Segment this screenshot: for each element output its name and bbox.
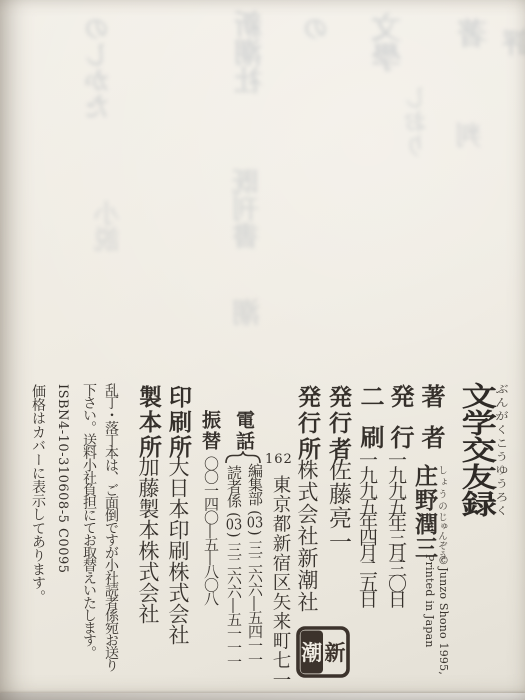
publisher-person-name: 佐藤亮一 (322, 458, 355, 554)
author-surname-furigana: しょうの (436, 464, 447, 512)
author-surname: 庄野しょうの (411, 464, 438, 512)
seal-char-left: 潮 (301, 640, 322, 665)
shinchosha-seal-icon: 新 潮 (296, 626, 350, 678)
publisher-person-label: 発行者 (322, 385, 355, 463)
phone-number: 三二六六―五一一一 (225, 542, 243, 668)
postal-code: 162 (265, 452, 293, 467)
page-bottom-edge (0, 693, 525, 700)
phone-area-code: 03 (246, 515, 264, 530)
first-printing-date: 一九九五年三月三〇日 (383, 450, 410, 605)
phone-area-code: 03 (225, 517, 243, 532)
bleedthrough-text: 新潮社 (230, 10, 270, 94)
author-name: 庄野しょうの潤三じゅんぞう (408, 464, 447, 560)
publishing-house-label: 発行所 (291, 385, 324, 463)
bleedthrough-text: のしかた (80, 15, 117, 119)
copyright-line-2: Printed in Japan (423, 554, 436, 648)
book-title: 文学交友録ぶんがくこうゆうろく (450, 382, 509, 517)
book-title-text: 文学交友録 (455, 382, 495, 517)
bleedthrough-text: 著 (454, 18, 498, 48)
author-givenname-furigana: じゅんぞう (436, 512, 447, 560)
bleedthrough-text: 小説 (90, 200, 127, 252)
phone-paren-close: ) (246, 530, 264, 535)
second-printing-date: 一九九五年四月二五日 (354, 450, 381, 605)
phone-line-readers: 読者係(03)三二六六―五一一一 (224, 465, 245, 668)
publisher-address: 東京都新宿区矢来町七一 (267, 475, 293, 690)
author-surname-text: 庄野 (411, 464, 438, 512)
phone-number: 三二六六―五四一一 (246, 540, 264, 666)
binder-name: 加藤製本株式会社 (133, 456, 163, 624)
author-givenname-text: 潤三 (411, 512, 438, 560)
printer-label: 印刷所 (162, 385, 195, 460)
phone-dept: 読者係 (225, 465, 243, 507)
seal-char-right: 新 (325, 640, 346, 665)
book-title-furigana: ぶんがくこうゆうろく (494, 382, 510, 517)
phone-paren-close: ) (225, 532, 243, 537)
bleedthrough-text: 評 (498, 28, 525, 56)
bleedthrough-text: 文學 (368, 12, 412, 72)
transfer-number: 〇〇一四〇―五―八〇八 (201, 456, 222, 605)
book-colophon-page: のしかた 新潮社 の 文學 著 評 しおり 判 既刊書 小説 潮 文学交友録ぶん… (0, 0, 525, 700)
bleedthrough-text: 判 (452, 122, 489, 148)
transfer-label: 振替 (197, 410, 224, 452)
copyright-notice: ©Junzo Shono 1995,Printed in Japan (422, 554, 450, 675)
publishing-house-name: 株式会社新潮社 (292, 459, 322, 613)
isbn-code: ISBN4-10-310608-5 C0095 (55, 384, 70, 574)
phone-line-editorial: 編集部(03)三二六六―五四一一 (245, 463, 266, 666)
bleedthrough-text: 既刊書 (229, 168, 268, 249)
defect-notice-line-1: 乱丁・落丁本は、ご面倒ですが小社読者係宛お送り (101, 383, 121, 671)
bleedthrough-text: 潮 (228, 298, 268, 326)
defect-notice-line-2: 下さい。送料小社負担にてお取替えいたします。 (79, 383, 99, 658)
phone-dept: 編集部 (246, 463, 264, 505)
author-label: 著者 (414, 384, 449, 466)
phone-label: 電話 (231, 410, 258, 452)
price-note: 価格はカバーに表示してあります。 (28, 384, 48, 603)
bleedthrough-text: しおり (400, 85, 435, 157)
bleedthrough-text: の (299, 15, 336, 41)
book-title-ruby: 文学交友録ぶんがくこうゆうろく (455, 382, 495, 517)
printer-name: 大日本印刷株式会社 (163, 456, 193, 645)
copyright-line-1: ©Junzo Shono 1995, (437, 554, 450, 675)
author-givenname: 潤三じゅんぞう (411, 512, 438, 560)
binder-label: 製本所 (132, 385, 165, 460)
